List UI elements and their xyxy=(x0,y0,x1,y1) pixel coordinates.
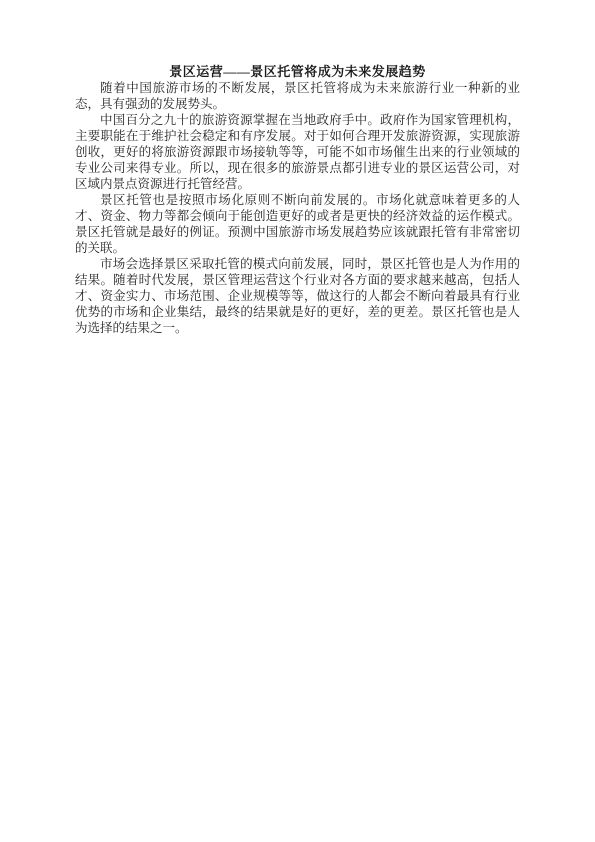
document-title: 景区运营——景区托管将成为未来发展趋势 xyxy=(75,64,520,80)
paragraph: 随着中国旅游市场的不断发展，景区托管将成为未来旅游行业一种新的业态，具有强劲的发… xyxy=(75,80,520,112)
paragraph: 市场会选择景区采取托管的模式向前发展，同时，景区托管也是人为作用的结果。随着时代… xyxy=(75,256,520,336)
paragraph: 景区托管也是按照市场化原则不断向前发展的。市场化就意味着更多的人才、资金、物力等… xyxy=(75,192,520,256)
document-body: 随着中国旅游市场的不断发展，景区托管将成为未来旅游行业一种新的业态，具有强劲的发… xyxy=(75,80,520,336)
document-page: 景区运营——景区托管将成为未来发展趋势 随着中国旅游市场的不断发展，景区托管将成… xyxy=(0,0,595,842)
paragraph: 中国百分之九十的旅游资源掌握在当地政府手中。政府作为国家管理机构，主要职能在于维… xyxy=(75,112,520,192)
